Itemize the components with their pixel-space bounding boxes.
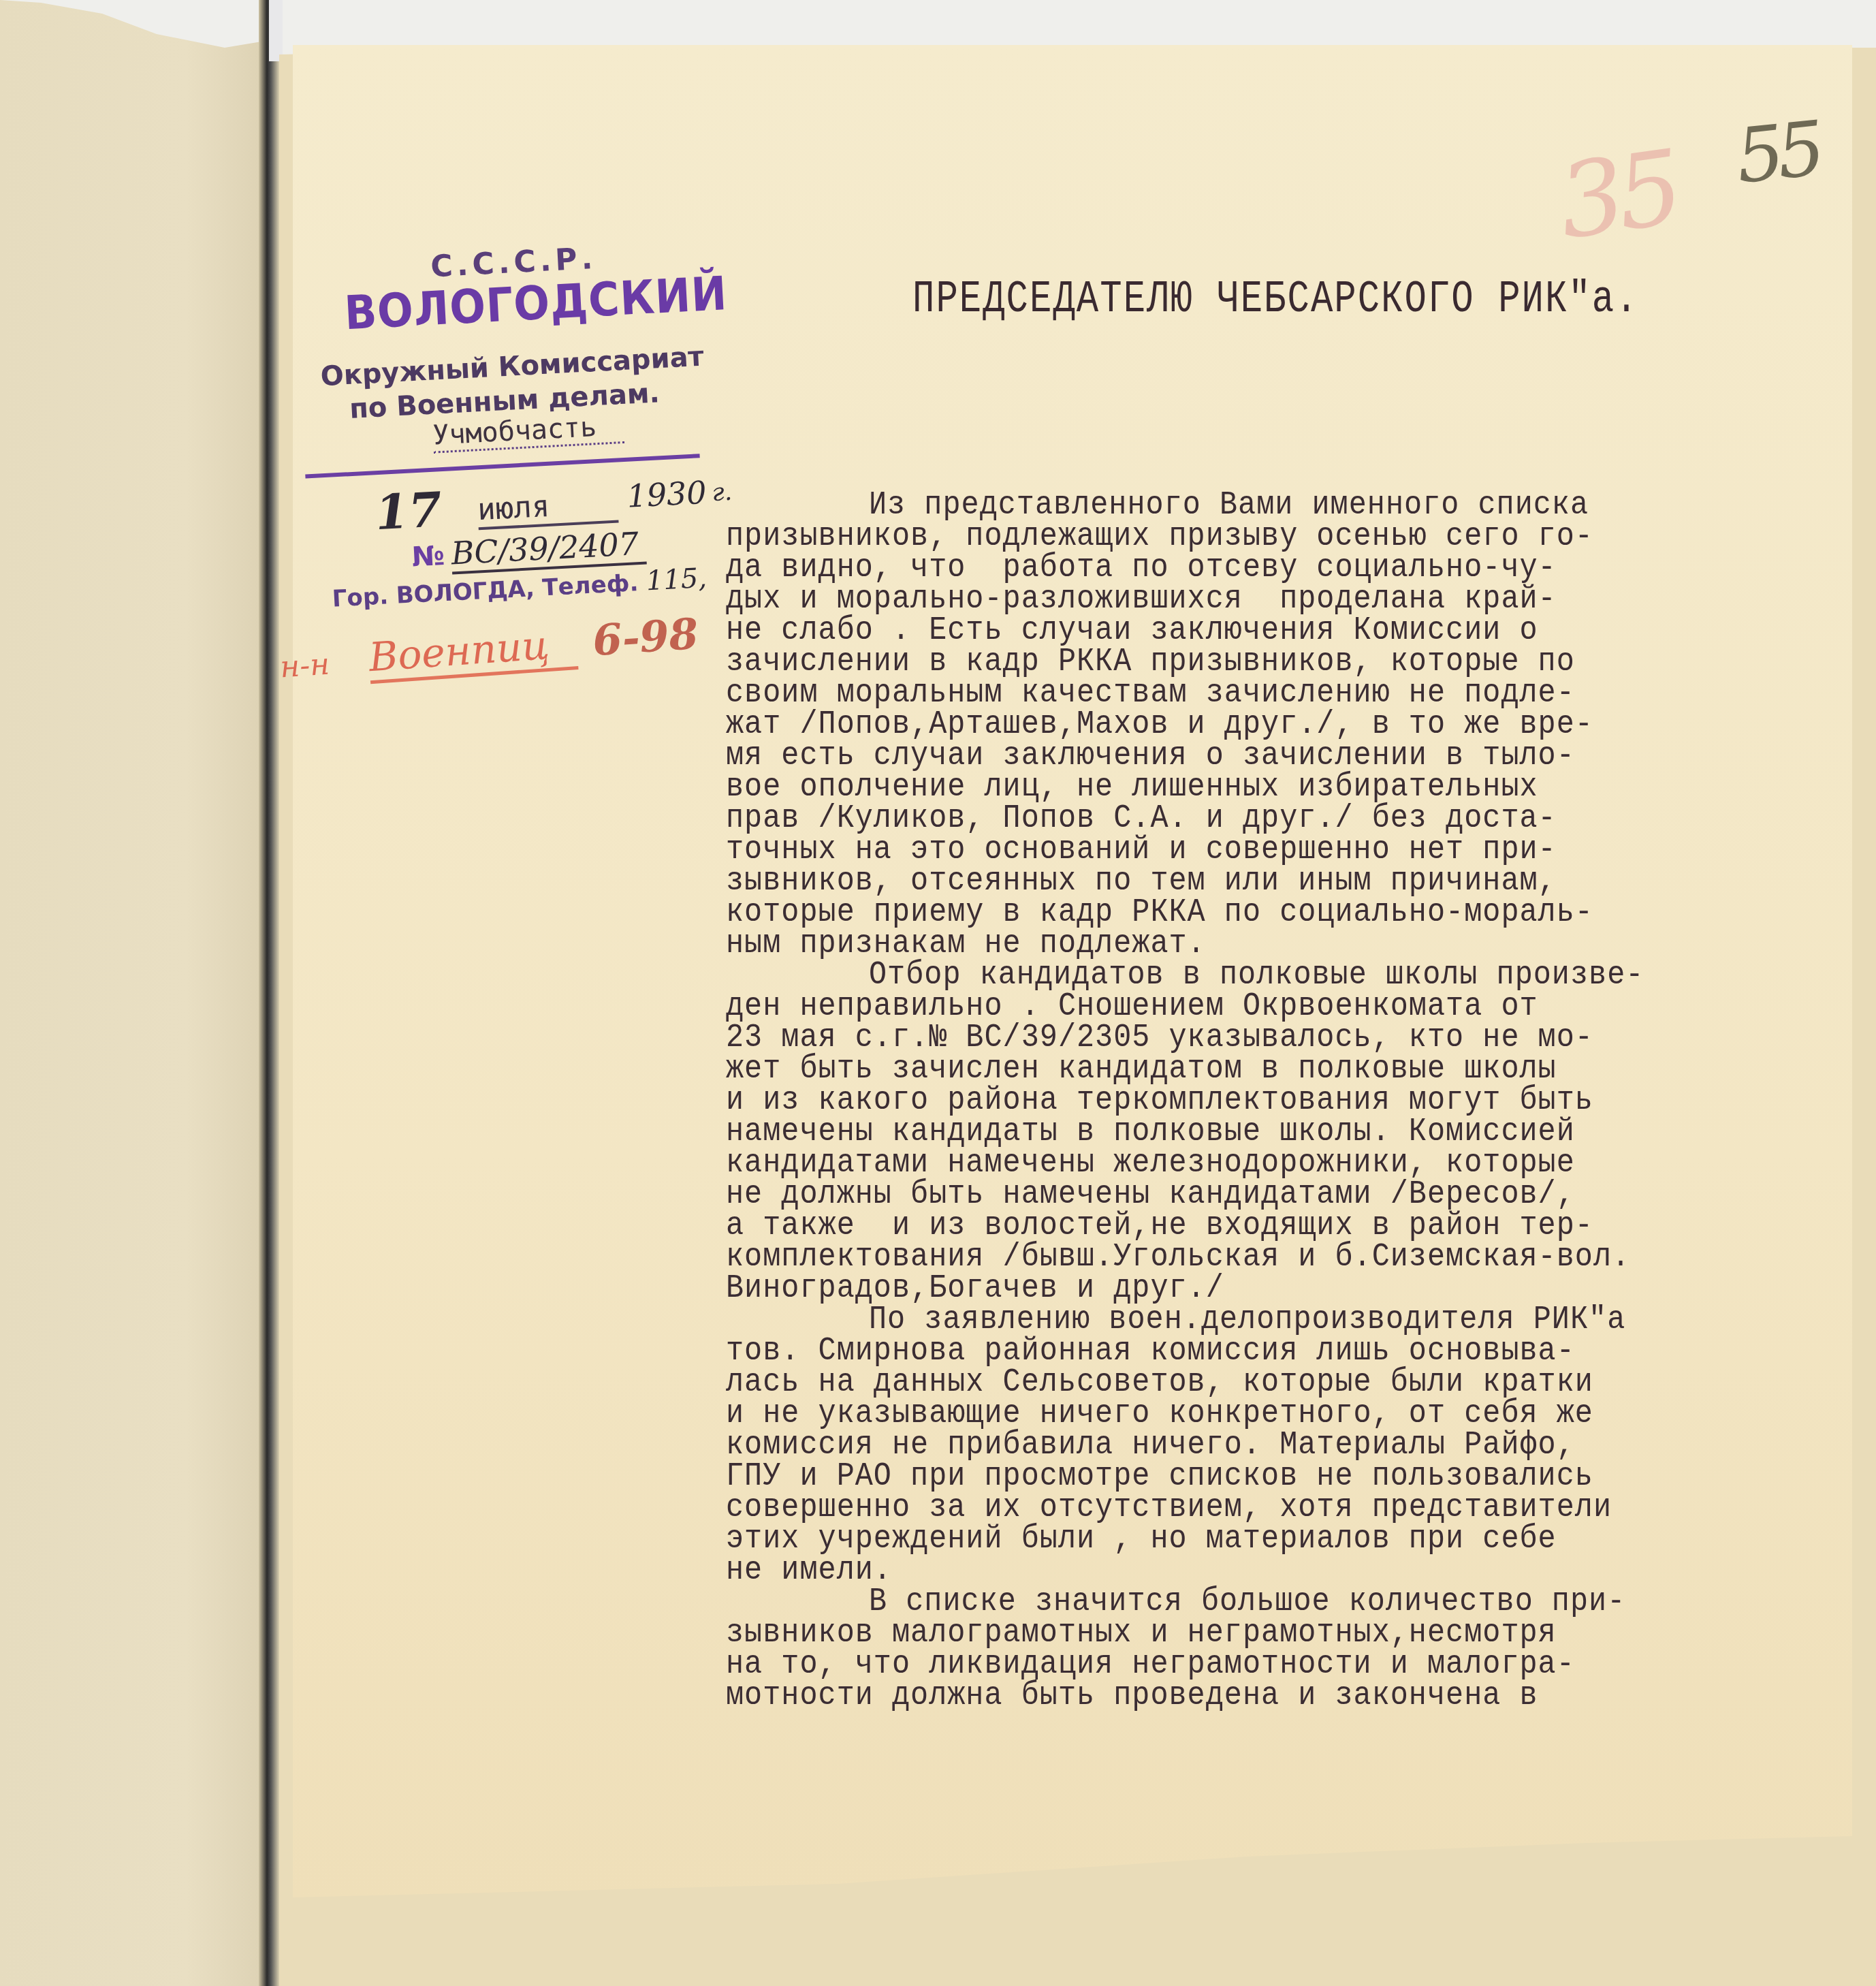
left-book-page [0,0,266,1986]
folio-number-pencil: 55 [1732,105,1823,200]
book-edge [269,0,283,61]
folio-number-red: 35 [1552,129,1683,262]
stamp-date-day: 17 [374,481,443,541]
red-note-code: 6-98 [591,609,700,666]
stamp-date-year: 1930 [626,474,708,515]
body-line: мотности должна быть проведена и законче… [726,1679,1856,1714]
book-spine [259,0,279,1986]
letter-body: Из представленного Вами именного спискап… [726,490,1856,1712]
body-line: этих учреждений были , но материалов при… [726,1522,1856,1558]
stamp-number-label: № [411,540,445,573]
stamp-date-month: июля [477,486,619,531]
stamp-phone: 115, [646,563,708,597]
recipient-heading: ПРЕДСЕДАТЕЛЮ ЧЕБСАРСКОГО РИК"а. [912,274,1639,326]
red-note-prefix: н-н [279,646,330,684]
